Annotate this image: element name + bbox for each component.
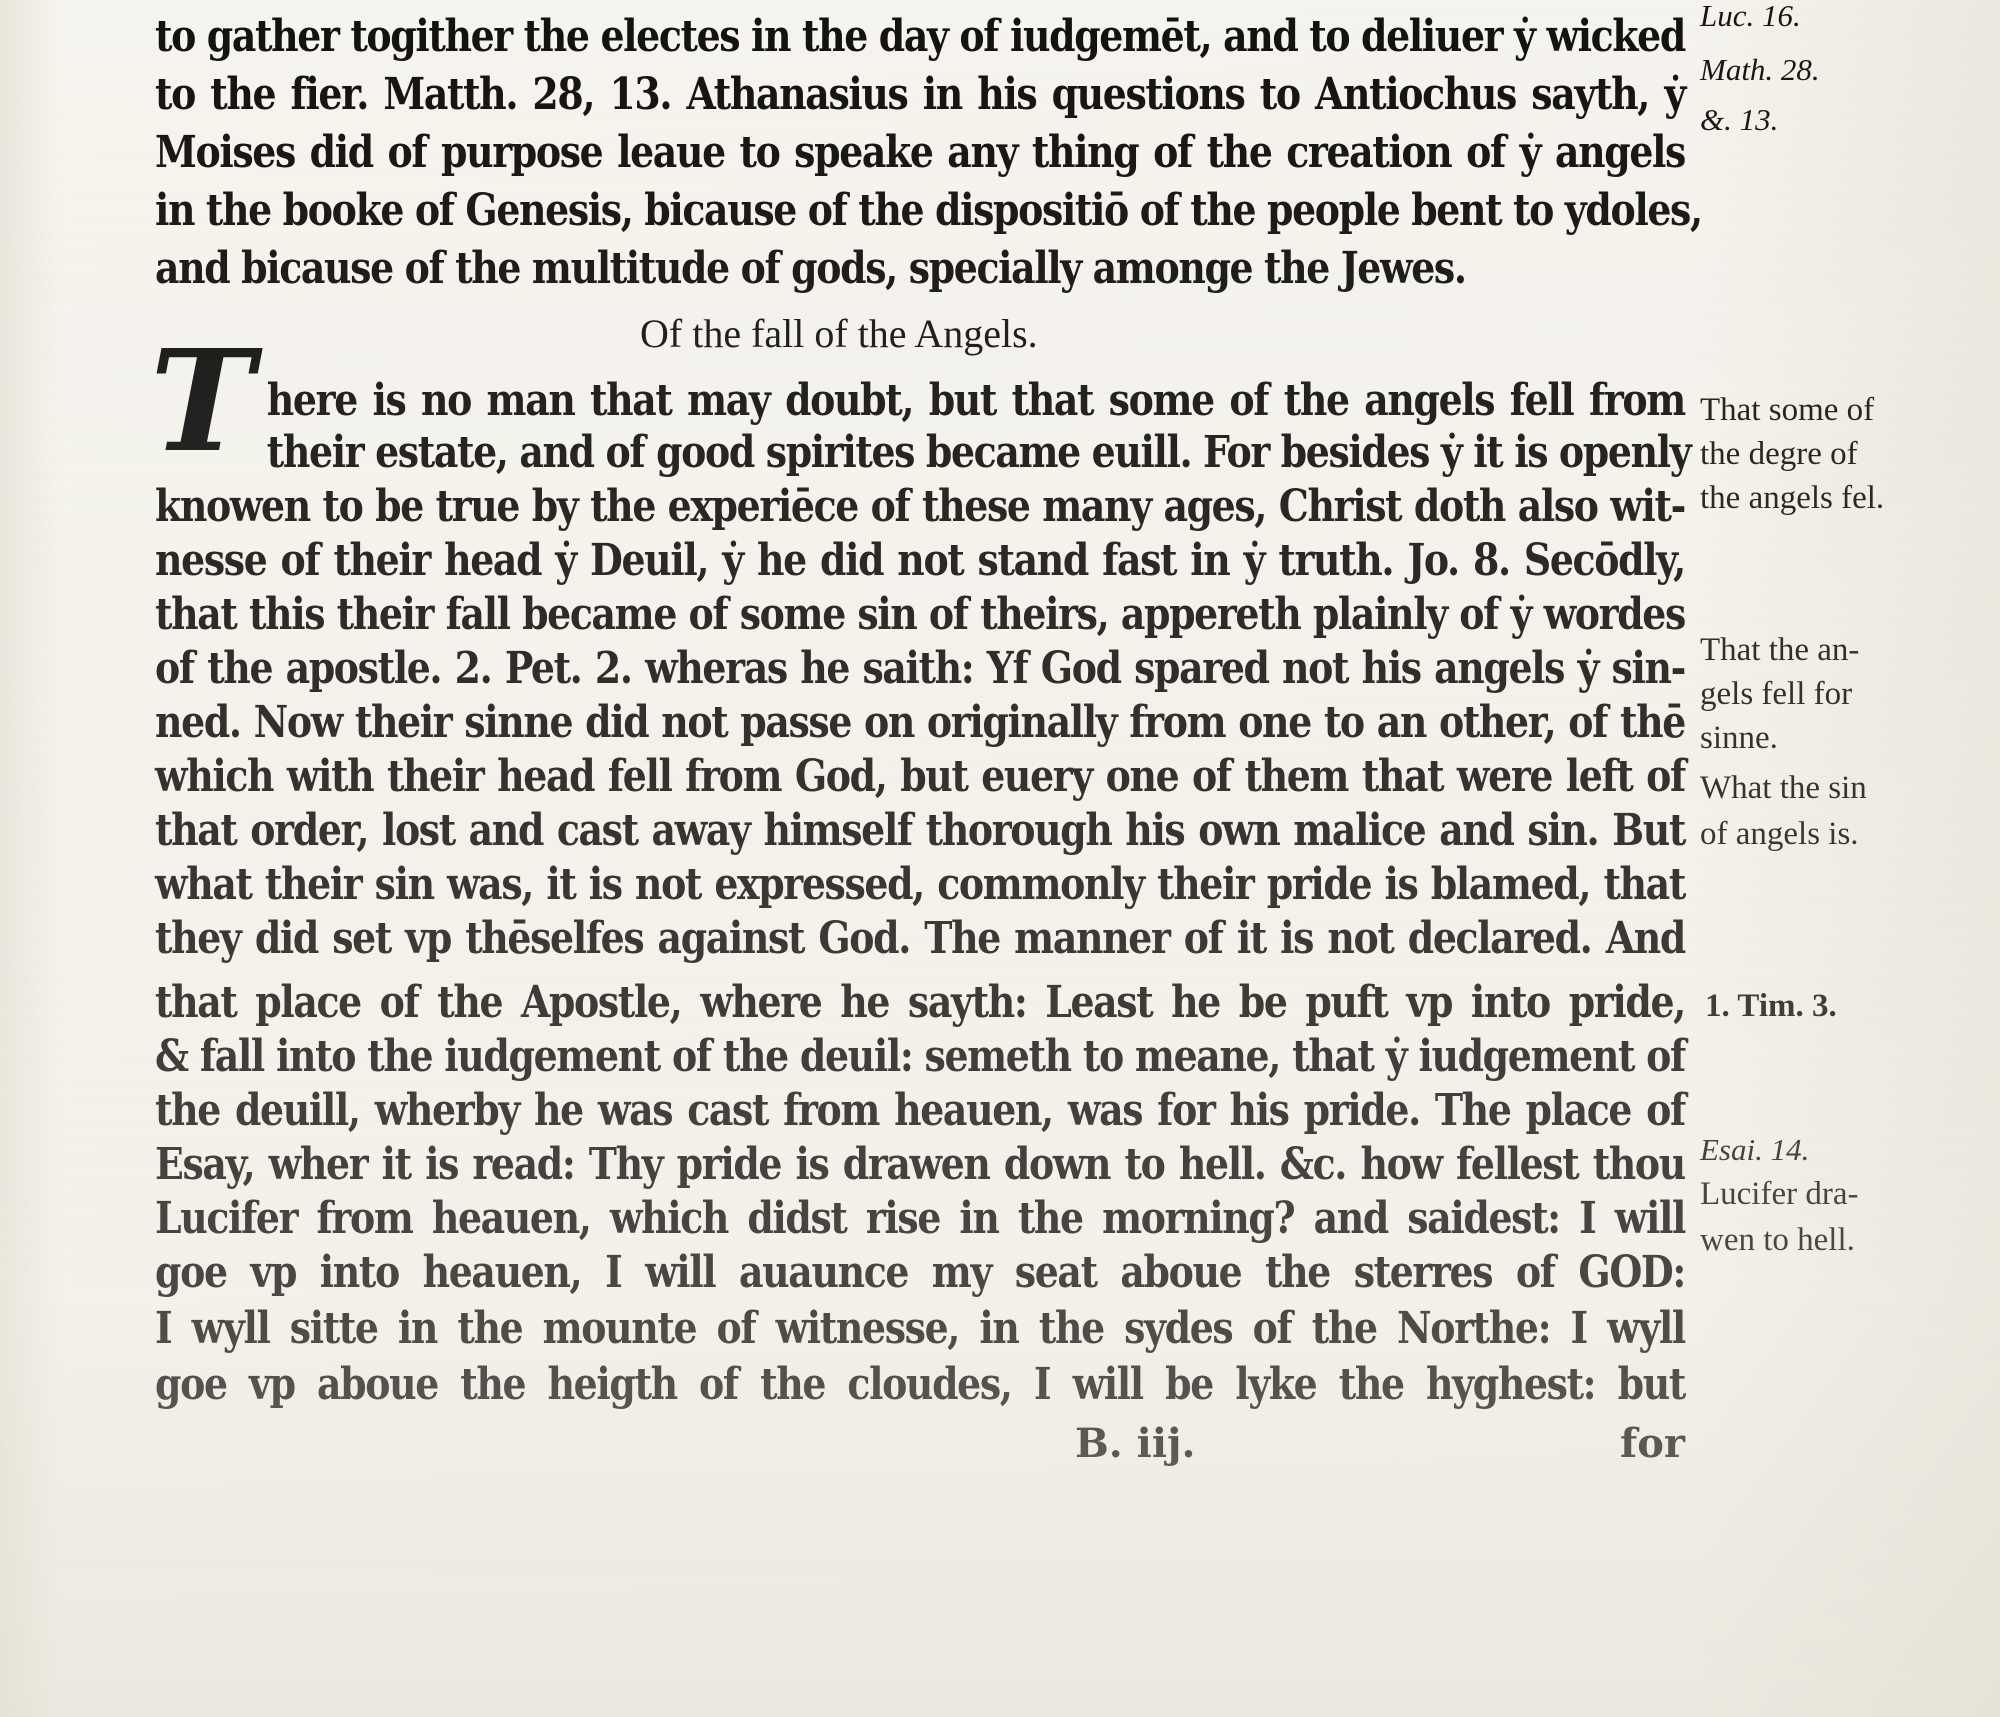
body-line: that order, lost and cast away himself t… (155, 802, 1685, 860)
margin-note: the degre of (1700, 432, 1858, 476)
margin-note: sinne. (1700, 716, 1778, 760)
margin-note: Luc. 16. (1700, 0, 1801, 38)
margin-note: What the sin (1700, 766, 1867, 810)
margin-note: That some of (1700, 388, 1874, 432)
body-line: nesse of their head ẏ Deuil, ẏ he did no… (155, 532, 1685, 590)
body-line: in the booke of Genesis, bicause of the … (155, 182, 1685, 240)
body-line: I wyll sitte in the mounte of witnesse, … (155, 1300, 1685, 1358)
body-line: which with their head fell from God, but… (155, 748, 1685, 806)
section-heading: Of the fall of the Angels. (640, 310, 1038, 357)
drop-cap-initial: T (150, 342, 268, 462)
body-line: goe vp into heauen, I will auaunce my se… (155, 1244, 1685, 1302)
body-line: their estate, and of good spirites becam… (267, 424, 1685, 482)
body-line: ned. Now their sinne did not passe on or… (155, 694, 1685, 752)
margin-note: the angels fel. (1700, 476, 1884, 520)
body-line: & fall into the iudgement of the deuil: … (155, 1028, 1685, 1086)
body-line: Lucifer from heauen, which didst rise in… (155, 1190, 1685, 1248)
body-line: of the apostle. 2. Pet. 2. wheras he sai… (155, 640, 1685, 698)
body-line: and bicause of the multitude of gods, sp… (155, 240, 1685, 298)
body-line: knowen to be true by the experiēce of th… (155, 478, 1685, 536)
body-line: they did set vp thēselfes against God. T… (155, 910, 1685, 968)
margin-note: gels fell for (1700, 672, 1852, 716)
margin-note: That the an- (1700, 628, 1859, 672)
margin-note: wen to hell. (1700, 1218, 1855, 1262)
margin-note: 1. Tim. 3. (1705, 984, 1837, 1028)
body-line: to the fier. Matth. 28, 13. Athanasius i… (155, 66, 1685, 124)
body-line: to gather togither the electes in the da… (155, 8, 1685, 66)
margin-note: Esai. 14. (1700, 1128, 1809, 1172)
margin-note: &. 13. (1700, 98, 1778, 142)
body-line: the deuill, wherby he was cast from heau… (155, 1082, 1685, 1140)
body-line: Esay, wher it is read: Thy pride is draw… (155, 1136, 1685, 1194)
body-line: here is no man that may doubt, but that … (267, 372, 1685, 430)
body-line: Moises did of purpose leaue to speake an… (155, 124, 1685, 182)
body-line: goe vp aboue the heigth of the cloudes, … (155, 1356, 1685, 1414)
body-line: what their sin was, it is not expressed,… (155, 856, 1685, 914)
margin-note: of angels is. (1700, 812, 1859, 856)
book-page: ​ to gather togither the electes in the … (0, 0, 2000, 1717)
margin-note: Lucifer dra- (1700, 1172, 1858, 1216)
body-line: that place of the Apostle, where he sayt… (155, 974, 1685, 1032)
margin-note: Math. 28. (1700, 48, 1820, 92)
catchword: for (1620, 1420, 1685, 1467)
signature-mark: B. iij. (1075, 1420, 1195, 1467)
body-line: that this their fall became of some sin … (155, 586, 1685, 644)
